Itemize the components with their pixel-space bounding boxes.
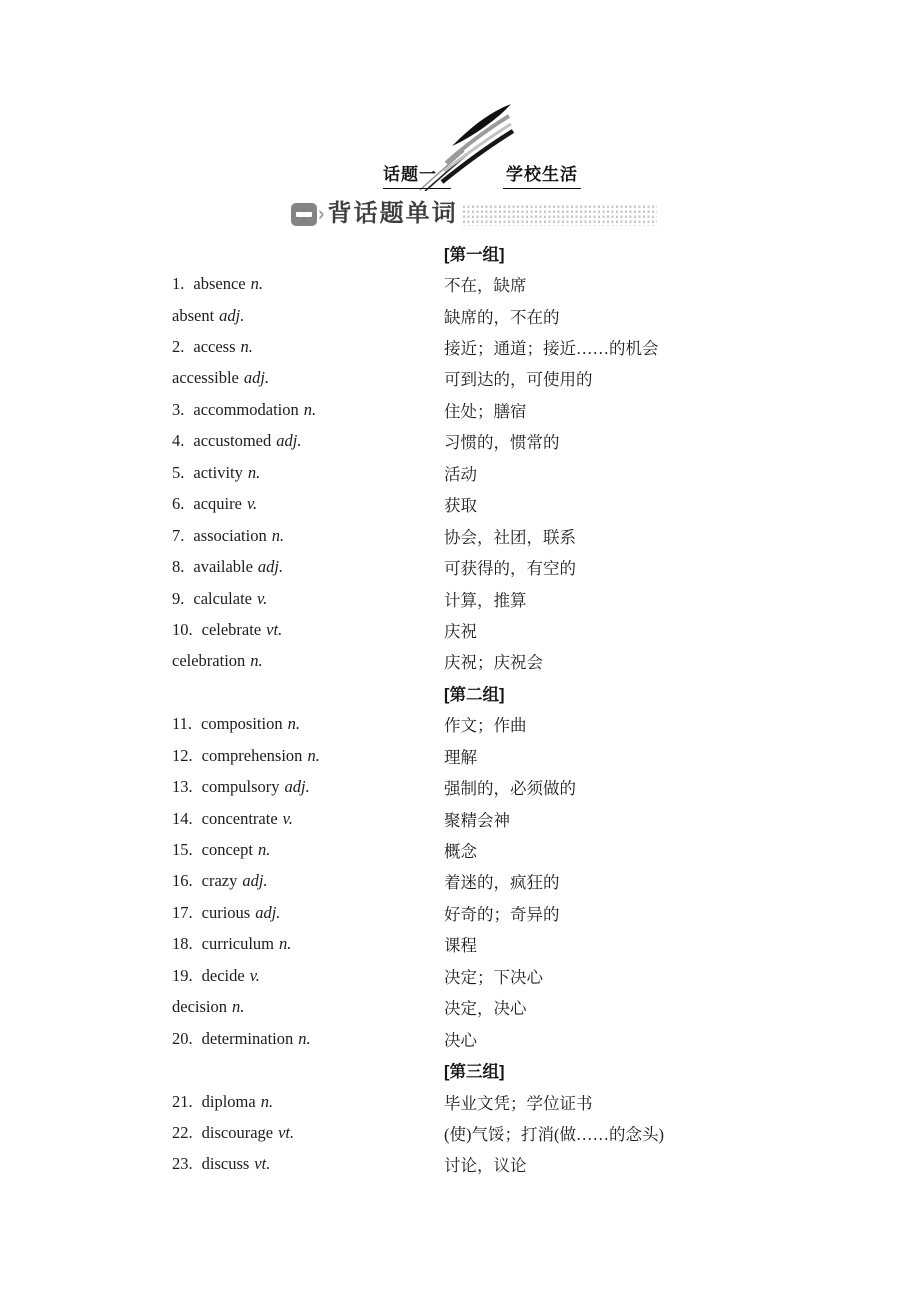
vocab-row: absentadj.缺席的，不在的: [172, 300, 812, 331]
vocab-row: 7.associationn.协会，社团，联系: [172, 520, 812, 551]
vocab-row: 8.availableadj.可获得的，有空的: [172, 551, 812, 582]
vocab-row: 20.determinationn.决心: [172, 1023, 812, 1054]
vocab-row: 4.accustomedadj.习惯的，惯常的: [172, 426, 812, 457]
entry-pos: adj.: [244, 368, 269, 387]
section-header: › 背话题单词: [291, 202, 657, 226]
entry-meaning: 课程: [444, 932, 812, 956]
entry-number: 1.: [172, 274, 184, 294]
entry-meaning: 讨论，议论: [444, 1152, 812, 1176]
entry-meaning: 活动: [444, 461, 812, 485]
entry-meaning: 可到达的，可使用的: [444, 366, 812, 390]
entry-word: concept: [202, 840, 253, 859]
vocab-row: 1.absencen.不在，缺席: [172, 268, 812, 299]
entry-pos: adj.: [219, 306, 244, 325]
entry-meaning: 聚精会神: [444, 807, 812, 831]
entry-word: curious: [202, 903, 251, 922]
entry-pos: n.: [248, 463, 260, 482]
entry-word: crazy: [202, 871, 238, 890]
entry-term: 23.discussvt.: [172, 1154, 444, 1174]
vocab-row: 21.diploman.毕业文凭；学位证书: [172, 1086, 812, 1117]
entry-term: celebrationn.: [172, 651, 444, 671]
entry-word: composition: [201, 714, 283, 733]
entry-word: acquire: [193, 494, 242, 513]
vocab-row: 3.accommodationn.住处；膳宿: [172, 394, 812, 425]
entry-word: curriculum: [202, 934, 274, 953]
vocab-row: 9.calculatev.计算，推算: [172, 583, 812, 614]
vocab-row: 19.decidev.决定；下决心: [172, 960, 812, 991]
entry-term: 3.accommodationn.: [172, 400, 444, 420]
entry-word: accustomed: [193, 431, 271, 450]
entry-term: 18.curriculumn.: [172, 934, 444, 954]
entry-number: 22.: [172, 1123, 193, 1143]
vocab-row: 12.comprehensionn.理解: [172, 740, 812, 771]
entry-number: 9.: [172, 589, 184, 609]
entry-pos: n.: [298, 1029, 310, 1048]
entry-pos: n.: [232, 997, 244, 1016]
entry-pos: n.: [261, 1092, 273, 1111]
entry-number: 23.: [172, 1154, 193, 1174]
entry-word: decide: [202, 966, 245, 985]
entry-term: 19.decidev.: [172, 966, 444, 986]
entry-pos: n.: [251, 274, 263, 293]
entry-pos: adj.: [258, 557, 283, 576]
entry-pos: v.: [247, 494, 257, 513]
entry-number: 4.: [172, 431, 184, 451]
vocab-row: decisionn.决定，决心: [172, 992, 812, 1023]
entry-number: 15.: [172, 840, 193, 860]
topic-number-label: 话题一: [383, 160, 451, 189]
entry-number: 7.: [172, 526, 184, 546]
entry-word: calculate: [193, 589, 252, 608]
entry-meaning: 接近；通道；接近……的机会: [444, 335, 812, 359]
entry-term: absentadj.: [172, 306, 444, 326]
entry-number: 18.: [172, 934, 193, 954]
entry-term: 21.diploman.: [172, 1092, 444, 1112]
entry-pos: v.: [283, 809, 293, 828]
entry-pos: vt.: [254, 1154, 270, 1173]
vocab-row: 14.concentratev.聚精会神: [172, 803, 812, 834]
dash-glyph: [296, 212, 312, 217]
entry-pos: adj.: [242, 871, 267, 890]
section-badge-icon: [291, 203, 317, 226]
entry-pos: n.: [250, 651, 262, 670]
entry-pos: v.: [257, 589, 267, 608]
entry-number: 10.: [172, 620, 193, 640]
entry-term: 15.conceptn.: [172, 840, 444, 860]
entry-word: activity: [193, 463, 242, 482]
entry-meaning: 毕业文凭；学位证书: [444, 1090, 812, 1114]
vocab-row: 5.activityn.活动: [172, 457, 812, 488]
entry-word: absence: [193, 274, 245, 293]
entry-number: 13.: [172, 777, 193, 797]
entry-pos: adj.: [255, 903, 280, 922]
entry-meaning: 协会，社团，联系: [444, 524, 812, 548]
entry-number: 6.: [172, 494, 184, 514]
entry-meaning: 着迷的，疯狂的: [444, 869, 812, 893]
entry-meaning: 庆祝；庆祝会: [444, 649, 812, 673]
vocab-row: 11.compositionn.作文；作曲: [172, 709, 812, 740]
entry-term: 11.compositionn.: [172, 714, 444, 734]
entry-term: 10.celebratevt.: [172, 620, 444, 640]
entry-meaning: 计算，推算: [444, 587, 812, 611]
entry-term: 17.curiousadj.: [172, 903, 444, 923]
entry-meaning: 好奇的；奇异的: [444, 901, 812, 925]
entry-term: decisionn.: [172, 997, 444, 1017]
textbook-page: 话题一 学校生活 › 背话题单词 [第一组]1.absencen.不在，缺席ab…: [0, 0, 920, 1302]
entry-word: association: [193, 526, 266, 545]
entry-term: 12.comprehensionn.: [172, 746, 444, 766]
entry-number: 8.: [172, 557, 184, 577]
vocab-row: 6.acquirev.获取: [172, 489, 812, 520]
section-title: 背话题单词: [328, 202, 458, 226]
entry-pos: vt.: [266, 620, 282, 639]
entry-number: 20.: [172, 1029, 193, 1049]
entry-pos: adj.: [276, 431, 301, 450]
entry-number: 21.: [172, 1092, 193, 1112]
entry-word: comprehension: [202, 746, 303, 765]
entry-meaning: 决心: [444, 1027, 812, 1051]
entry-term: 13.compulsoryadj.: [172, 777, 444, 797]
entry-word: concentrate: [202, 809, 278, 828]
entry-term: 16.crazyadj.: [172, 871, 444, 891]
entry-meaning: (使)气馁；打消(做……的念头): [444, 1121, 812, 1145]
vocab-row: 17.curiousadj.好奇的；奇异的: [172, 897, 812, 928]
entry-word: absent: [172, 306, 214, 325]
entry-pos: n.: [272, 526, 284, 545]
vocab-row: 23.discussvt.讨论，议论: [172, 1149, 812, 1180]
entry-number: 19.: [172, 966, 193, 986]
entry-pos: vt.: [278, 1123, 294, 1142]
entry-word: compulsory: [202, 777, 280, 796]
vocab-row: accessibleadj.可到达的，可使用的: [172, 363, 812, 394]
entry-pos: n.: [307, 746, 319, 765]
vocab-row: 15.conceptn.概念: [172, 834, 812, 865]
entry-meaning: 不在，缺席: [444, 272, 812, 296]
entry-term: 6.acquirev.: [172, 494, 444, 514]
entry-meaning: 强制的，必须做的: [444, 775, 812, 799]
group-header: [第一组]: [444, 237, 812, 268]
vocab-row: 18.curriculumn.课程: [172, 929, 812, 960]
entry-word: celebration: [172, 651, 245, 670]
entry-meaning: 作文；作曲: [444, 712, 812, 736]
entry-meaning: 获取: [444, 492, 812, 516]
entry-term: 2.accessn.: [172, 337, 444, 357]
entry-pos: n.: [258, 840, 270, 859]
entry-word: determination: [202, 1029, 294, 1048]
entry-term: accessibleadj.: [172, 368, 444, 388]
entry-word: diploma: [202, 1092, 256, 1111]
entry-number: 2.: [172, 337, 184, 357]
entry-term: 4.accustomedadj.: [172, 431, 444, 451]
entry-term: 7.associationn.: [172, 526, 444, 546]
entry-number: 5.: [172, 463, 184, 483]
entry-pos: n.: [304, 400, 316, 419]
entry-word: discourage: [202, 1123, 273, 1142]
entry-word: discuss: [202, 1154, 250, 1173]
entry-pos: adj.: [285, 777, 310, 796]
group-header: [第二组]: [444, 677, 812, 708]
entry-term: 5.activityn.: [172, 463, 444, 483]
entry-term: 22.discouragevt.: [172, 1123, 444, 1143]
entry-meaning: 可获得的，有空的: [444, 555, 812, 579]
entry-pos: n.: [288, 714, 300, 733]
entry-term: 8.availableadj.: [172, 557, 444, 577]
vocab-list: [第一组]1.absencen.不在，缺席absentadj.缺席的，不在的2.…: [172, 237, 812, 1180]
entry-word: decision: [172, 997, 227, 1016]
entry-number: 14.: [172, 809, 193, 829]
halftone-band: [463, 203, 657, 226]
vocab-row: 2.accessn.接近；通道；接近……的机会: [172, 331, 812, 362]
entry-pos: n.: [279, 934, 291, 953]
entry-number: 16.: [172, 871, 193, 891]
vocab-row: 16.crazyadj.着迷的，疯狂的: [172, 866, 812, 897]
entry-meaning: 理解: [444, 744, 812, 768]
entry-term: 20.determinationn.: [172, 1029, 444, 1049]
entry-word: accommodation: [193, 400, 298, 419]
topic-title: 学校生活: [503, 160, 581, 189]
entry-word: access: [193, 337, 235, 356]
vocab-row: 10.celebratevt.庆祝: [172, 614, 812, 645]
vocab-row: celebrationn.庆祝；庆祝会: [172, 646, 812, 677]
entry-word: accessible: [172, 368, 239, 387]
group-header: [第三组]: [444, 1054, 812, 1085]
entry-meaning: 决定；下决心: [444, 964, 812, 988]
entry-term: 1.absencen.: [172, 274, 444, 294]
entry-number: 3.: [172, 400, 184, 420]
vocab-row: 22.discouragevt.(使)气馁；打消(做……的念头): [172, 1117, 812, 1148]
entry-word: available: [193, 557, 253, 576]
entry-meaning: 决定，决心: [444, 995, 812, 1019]
entry-meaning: 缺席的，不在的: [444, 304, 812, 328]
entry-number: 12.: [172, 746, 193, 766]
entry-number: 11.: [172, 714, 192, 734]
entry-meaning: 概念: [444, 838, 812, 862]
entry-term: 14.concentratev.: [172, 809, 444, 829]
entry-term: 9.calculatev.: [172, 589, 444, 609]
entry-number: 17.: [172, 903, 193, 923]
entry-word: celebrate: [202, 620, 262, 639]
entry-meaning: 庆祝: [444, 618, 812, 642]
entry-meaning: 住处；膳宿: [444, 398, 812, 422]
chevron-right-icon: ›: [318, 200, 325, 226]
entry-meaning: 习惯的，惯常的: [444, 429, 812, 453]
vocab-row: 13.compulsoryadj.强制的，必须做的: [172, 771, 812, 802]
entry-pos: n.: [241, 337, 253, 356]
entry-pos: v.: [250, 966, 260, 985]
